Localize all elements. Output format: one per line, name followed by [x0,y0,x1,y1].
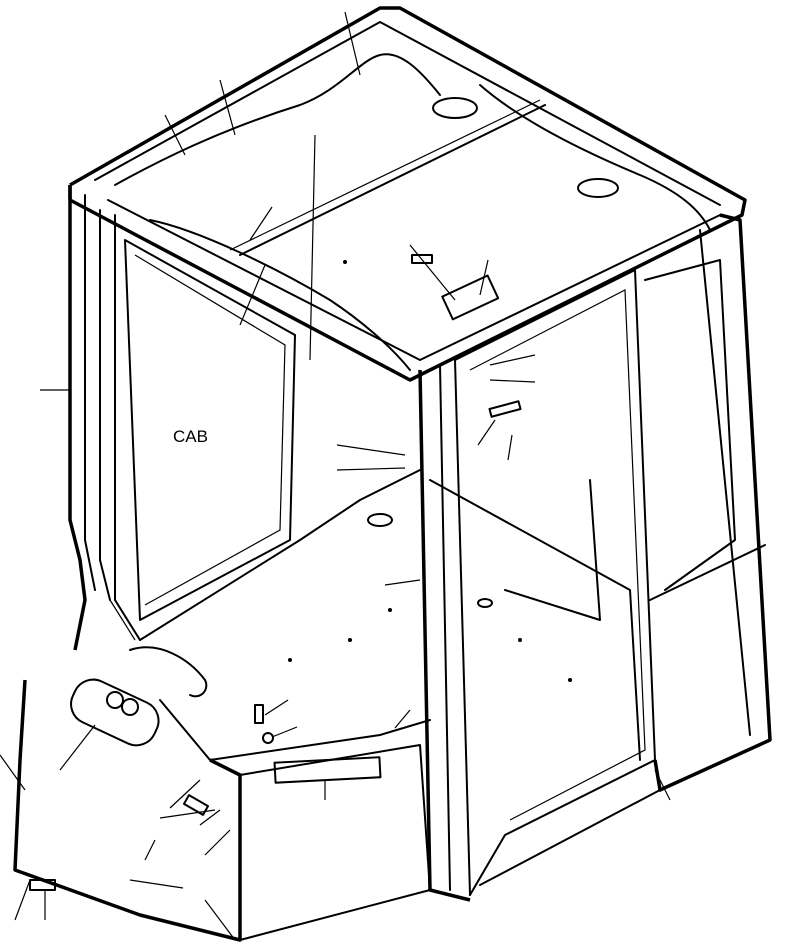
left-window [125,240,295,620]
lower-front-panel [15,647,430,940]
floor [140,260,640,760]
right-door [455,270,655,895]
roof [70,8,745,380]
left-pillar [70,185,140,650]
cab-line-drawing [0,0,789,947]
cab-label: CAB [173,427,208,447]
center-pillar [420,360,470,900]
rear-pillar [480,215,770,885]
